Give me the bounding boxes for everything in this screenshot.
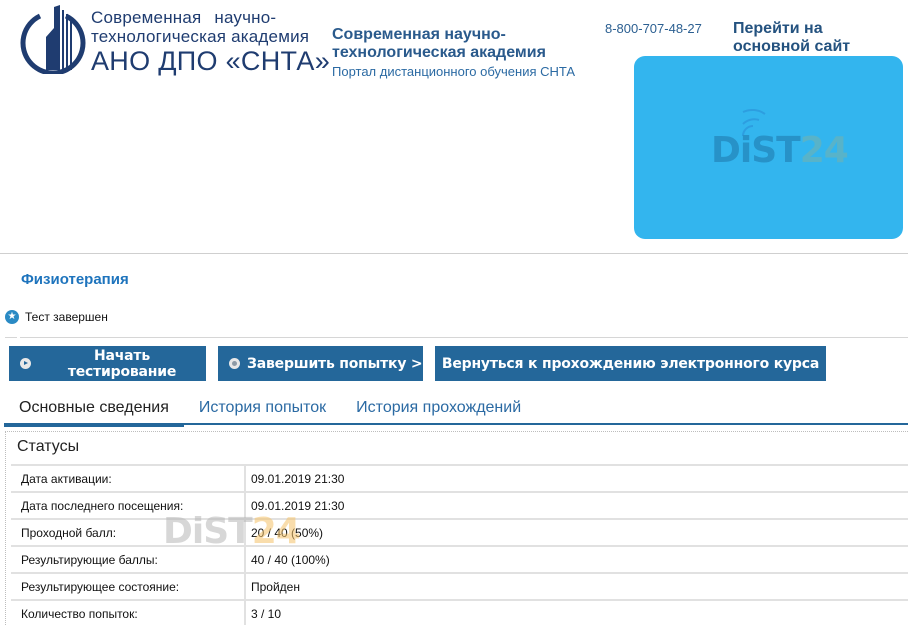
row-value: 09.01.2019 21:30	[244, 493, 344, 518]
statuses-title: Статусы	[17, 438, 79, 456]
table-row: Результирующие баллы: 40 / 40 (100%)	[11, 545, 908, 572]
statuses-table: Дата активации: 09.01.2019 21:30 Дата по…	[11, 464, 908, 625]
finish-attempt-button[interactable]: Завершить попытку >	[218, 346, 423, 381]
logo-text: Современная научно- технологическая акад…	[91, 8, 330, 76]
table-row: Количество попыток: 3 / 10	[11, 599, 908, 625]
phone-number[interactable]: 8-800-707-48-27	[605, 21, 702, 36]
row-label: Дата последнего посещения:	[11, 499, 244, 513]
course-title[interactable]: Физиотерапия	[21, 271, 129, 288]
row-value: 09.01.2019 21:30	[244, 466, 344, 491]
status-divider-left	[5, 337, 17, 338]
row-label: Количество попыток:	[11, 607, 244, 621]
row-value: 40 / 40 (100%)	[244, 547, 330, 572]
star-circle-icon: ★	[5, 310, 19, 324]
header-divider	[0, 253, 908, 254]
banner-watermark: DiST24	[711, 130, 848, 171]
return-to-course-label: Вернуться к прохождению электронного кур…	[442, 356, 819, 372]
site-title: Современная научно-технологическая акаде…	[332, 26, 562, 62]
table-row: Результирующее состояние: Пройден	[11, 572, 908, 599]
statuses-panel: Статусы Дата активации: 09.01.2019 21:30…	[5, 431, 908, 625]
tab-main-info[interactable]: Основные сведения	[4, 395, 184, 427]
row-label: Результирующее состояние:	[11, 580, 244, 594]
row-value: 20 / 40 (50%)	[244, 520, 323, 545]
row-label: Проходной балл:	[11, 526, 244, 540]
header-banner: DiST24	[634, 56, 903, 239]
record-circle-icon	[229, 358, 240, 369]
return-to-course-button[interactable]: Вернуться к прохождению электронного кур…	[435, 346, 826, 381]
test-status-text: Тест завершен	[25, 310, 108, 324]
test-status: ★ Тест завершен	[5, 310, 108, 324]
table-row: Дата последнего посещения: 09.01.2019 21…	[11, 491, 908, 518]
main-site-link[interactable]: Перейти на основной сайт	[733, 20, 873, 56]
site-subtitle: Портал дистанционного обучения СНТА	[332, 64, 575, 79]
row-label: Результирующие баллы:	[11, 553, 244, 567]
logo-line-1: Современная научно-	[91, 8, 330, 27]
start-testing-label: Начать тестирование	[38, 348, 206, 380]
table-row: Проходной балл: 20 / 40 (50%)	[11, 518, 908, 545]
tab-completion-history[interactable]: История прохождений	[341, 395, 536, 423]
start-testing-button[interactable]: Начать тестирование	[9, 346, 206, 381]
row-value: Пройден	[244, 574, 300, 599]
status-divider	[20, 337, 908, 338]
logo-line-3: АНО ДПО «СНТА»	[91, 46, 330, 76]
row-label: Дата активации:	[11, 472, 244, 486]
logo-line-2: технологическая академия	[91, 27, 330, 46]
finish-attempt-label: Завершить попытку >	[247, 356, 422, 372]
table-row: Дата активации: 09.01.2019 21:30	[11, 464, 908, 491]
row-value: 3 / 10	[244, 601, 281, 625]
play-circle-icon	[20, 358, 31, 369]
tab-attempt-history[interactable]: История попыток	[184, 395, 341, 423]
academy-logo[interactable]: Современная научно- технологическая акад…	[16, 0, 316, 76]
watermark-right: 24	[800, 130, 848, 171]
building-emblem-icon	[18, 2, 88, 74]
info-tabs: Основные сведения История попыток Истори…	[4, 395, 908, 425]
watermark-left: DiST	[711, 130, 800, 171]
